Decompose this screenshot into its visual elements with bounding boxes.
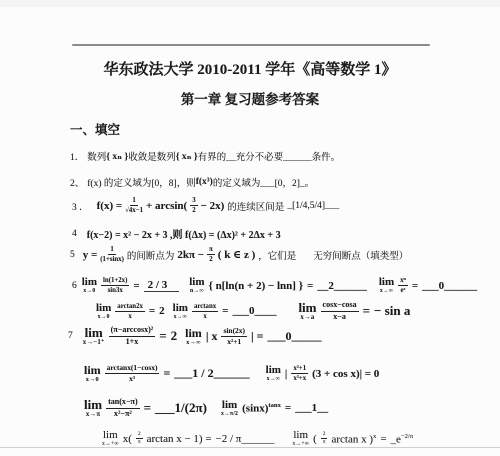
- question-2: 2、 f(x) 的定义域为[0，8]，则 f(x³) 的定义域为 ___[0，2…: [70, 175, 314, 189]
- math-expression: ( k ∈ z ): [218, 248, 255, 261]
- fraction-numerator: 1: [108, 246, 115, 255]
- limit-expression: lim x→0 ln(1+2x) sin3x = 2 / 3: [82, 277, 179, 295]
- lim-subscript: x→∞: [186, 340, 200, 346]
- limit-operator: lim x→+∞: [102, 430, 119, 448]
- limit-expression: lim x→∞ arctanx x = ___0____: [173, 303, 277, 321]
- math-expression: − 2x): [201, 200, 225, 212]
- fraction-numerator: x²+1: [291, 365, 308, 374]
- lim-subscript: x→0: [86, 377, 99, 383]
- limit-operator: lim x→∞: [379, 277, 394, 295]
- question-number: 3 ．: [72, 199, 89, 213]
- limit-operator: lim x→∞: [185, 327, 202, 346]
- fraction-denominator: (1+sinx): [100, 255, 124, 263]
- text: 条件。: [312, 149, 341, 163]
- fraction-numerator: tan(x−π): [106, 398, 140, 408]
- equals-sign: =: [380, 433, 386, 445]
- fraction: 2 π: [321, 432, 328, 447]
- question-7-row-1: 7 lim x→−1⁺ (π−arccosx)² 1+x = 2 lim x→∞…: [68, 326, 321, 347]
- limit-expression: lim x→a cosx−cosa x−a = − sin a: [298, 301, 410, 322]
- equals-sign: =: [149, 305, 155, 317]
- math-expression: 2kπ −: [177, 249, 204, 261]
- equals-sign: =: [222, 305, 228, 317]
- text: 的间断点为: [127, 248, 175, 262]
- limit-operator: lim x→a: [298, 301, 316, 322]
- limit-operator: lim x→−1⁺: [83, 326, 105, 347]
- question-7-row-4: lim x→+∞ x( 2 π arctan x − 1) = −2 / π__…: [102, 430, 413, 448]
- text: 有界的: [198, 149, 227, 163]
- fraction: cosx−cosa x−a: [321, 301, 359, 321]
- fraction-numerator: 2: [321, 432, 328, 440]
- answer-blank: ___1/(2π): [155, 400, 207, 416]
- limit-expression: lim n→∞ { n[ln(n + 2) − lnn] } = __2____…: [189, 277, 367, 295]
- fraction-denominator: eˣ: [401, 286, 406, 294]
- question-number: 6: [72, 281, 77, 291]
- scan-edge: [0, 0, 500, 7]
- fraction-denominator: x²+1: [227, 337, 241, 346]
- document-title: 华东政法大学 2010-2011 学年《高等数学 1》: [0, 58, 500, 79]
- lim-word: lim: [96, 303, 111, 314]
- math-expression: | x: [206, 329, 218, 344]
- base: arctan x ): [331, 433, 373, 445]
- fraction-numerator: xⁿ: [398, 277, 408, 286]
- lim-word: lim: [189, 277, 204, 288]
- limit-expression: lim x→∞ | x²+1 x³+x (3 + cos x)| = 0: [266, 365, 380, 383]
- bottom-divider: [0, 447, 500, 448]
- question-number: 1．: [70, 149, 84, 163]
- lim-word: lim: [173, 303, 188, 314]
- fraction: x²+1 x³+x: [291, 365, 308, 382]
- math-expression: arctan x )x: [331, 433, 376, 446]
- answer-base: _e: [391, 433, 401, 445]
- fraction: (π−arccosx)² 1+x: [109, 326, 156, 346]
- question-number: 4: [72, 229, 77, 239]
- answer-blank: ___0____: [232, 305, 276, 317]
- limit-expression: lim x→+∞ x( 2 π arctan x − 1) = −2 / π__…: [102, 430, 274, 448]
- fraction-denominator: √4x−1: [125, 206, 143, 214]
- fraction-numerator: 1: [130, 197, 137, 206]
- chapter-subtitle: 第一章 复习题参考答案: [0, 88, 500, 108]
- answer-value: 2 / 3: [144, 279, 180, 292]
- fraction-denominator: x³: [129, 374, 135, 383]
- fraction-denominator: π: [323, 439, 326, 446]
- question-7-row-3: lim x→π tan(x−π) x²−π² = ___1/(2π) lim x…: [84, 398, 328, 419]
- question-number: 2、: [70, 175, 84, 189]
- fraction-denominator: sin3x: [108, 286, 123, 294]
- answer-blank: ___1__: [295, 402, 328, 414]
- answer-exponent: −2/π: [401, 433, 413, 440]
- top-divider: [72, 44, 430, 46]
- question-6-row-1: 6 lim x→0 ln(1+2x) sin3x = 2 / 3 lim n→∞…: [72, 277, 477, 295]
- exponent: x: [373, 433, 376, 440]
- fraction: π 2: [207, 246, 215, 263]
- math-expression: (: [313, 433, 317, 445]
- limit-expression: lim x→π/2 (sinx)tanx = ___1__: [221, 400, 328, 418]
- lim-word: lim: [293, 430, 308, 441]
- limit-operator: lim x→π/2: [221, 400, 238, 418]
- fraction-denominator: x³+x: [293, 374, 306, 382]
- fraction: arctanx(1−cosx) x³: [105, 364, 160, 383]
- fraction: 1 (1+sinx): [100, 246, 124, 263]
- limit-expression: lim x→π tan(x−π) x²−π² = ___1/(2π): [84, 398, 207, 419]
- limit-operator: lim x→0: [96, 303, 111, 321]
- lim-word: lim: [222, 400, 237, 411]
- fraction-denominator: x: [203, 312, 206, 320]
- fraction: tan(x−π) x²−π²: [106, 398, 140, 418]
- fraction-numerator: arctanx(1−cosx): [105, 364, 160, 374]
- answer-text: 无穷间断点（填类型）: [313, 248, 408, 262]
- text: 的定义域为: [213, 175, 261, 189]
- math-expression: f(x−2) = x² − 2x + 3 ,则 f(Δx) = (Δx)² + …: [87, 226, 281, 241]
- math-sequence: { xₙ }: [106, 151, 128, 162]
- question-3: 3 ． f(x) = 1 √4x−1 + arcsin( 3 2 − 2x) 的…: [72, 197, 339, 214]
- answer-value: 2: [171, 328, 178, 344]
- fraction: sin(2x) x²+1: [221, 327, 247, 346]
- fraction: arctan2x x: [115, 303, 145, 320]
- lim-subscript: x→−1⁺: [83, 340, 105, 347]
- exponent: tanx: [268, 402, 280, 409]
- lim-word: lim: [185, 327, 202, 339]
- document-page: 华东政法大学 2010-2011 学年《高等数学 1》 第一章 复习题参考答案 …: [0, 0, 500, 456]
- fraction-denominator: 2: [192, 206, 195, 214]
- lim-subscript: x→π/2: [221, 412, 238, 418]
- fraction-denominator: π: [138, 439, 141, 446]
- text: f(x) 的定义域为[0，8]，则: [87, 175, 195, 189]
- equals-sign: =: [144, 400, 151, 416]
- math-expression: (3 + cos x)| = 0: [312, 368, 379, 380]
- lim-word: lim: [82, 277, 97, 288]
- answer-blank: −2 / π______: [216, 433, 275, 445]
- lim-word: lim: [85, 326, 103, 339]
- fraction-denominator: x−a: [333, 312, 346, 321]
- answer-blank: _[1/4,5/4]___: [287, 201, 339, 211]
- math-expression: { n[ln(n + 2) − lnn] }: [208, 280, 303, 292]
- math-expression: y =: [83, 249, 98, 261]
- answer-value: 2: [159, 305, 165, 317]
- lim-word: lim: [298, 301, 316, 314]
- math-sequence: { xₙ }: [176, 151, 198, 162]
- fraction: arctanx x: [192, 303, 218, 320]
- equals-sign: =: [412, 280, 418, 292]
- fraction-numerator: cosx−cosa: [321, 301, 359, 311]
- limit-operator: lim x→0: [84, 364, 101, 383]
- fraction-numerator: arctanx: [192, 303, 218, 312]
- fraction: ln(1+2x) sin3x: [101, 277, 129, 294]
- limit-operator: lim x→∞: [266, 365, 281, 383]
- question-number: 5: [70, 250, 75, 260]
- equals-sign: =: [159, 328, 166, 344]
- math-expression: f(x³): [196, 177, 213, 187]
- lim-subscript: x→π: [86, 412, 100, 419]
- answer-value: − sin a: [374, 303, 410, 319]
- text: 数列: [87, 149, 106, 163]
- limit-expression: lim x→0 arctan2x x = 2: [96, 303, 165, 321]
- fraction-numerator: π: [207, 246, 215, 255]
- math-expression: |: [285, 368, 287, 380]
- lim-subscript: x→∞: [380, 289, 393, 295]
- math-expression: + arcsin(: [146, 200, 187, 212]
- equals-sign: =: [163, 366, 170, 381]
- lim-word: lim: [84, 398, 102, 411]
- section-heading: 一、填空: [70, 120, 120, 138]
- math-expression: (sinx)tanx: [242, 402, 281, 415]
- question-6-row-2: lim x→0 arctan2x x = 2 lim x→∞ arctanx x…: [96, 301, 410, 322]
- question-7-row-2: lim x→0 arctanx(1−cosx) x³ = ___1 / 2___…: [84, 364, 379, 383]
- equals-sign: =: [285, 402, 291, 414]
- lim-word: lim: [266, 365, 281, 376]
- lim-subscript: n→∞: [190, 289, 204, 295]
- lim-subscript: x→0: [98, 315, 110, 321]
- math-expression: arctan x − 1) =: [147, 433, 212, 445]
- fraction: xⁿ eˣ: [398, 277, 408, 294]
- math-expression: | =: [251, 329, 263, 344]
- equals-sign: =: [307, 280, 313, 292]
- text: 的连续区间是: [227, 199, 284, 213]
- answer-value: _e−2/π: [391, 433, 414, 446]
- limit-operator: lim x→0: [82, 277, 97, 295]
- fraction-numerator: 2: [136, 432, 143, 440]
- fraction-numerator: ln(1+2x): [101, 277, 129, 286]
- question-4: 4 f(x−2) = x² − 2x + 3 ,则 f(Δx) = (Δx)² …: [72, 226, 281, 241]
- text: 收敛是数列: [128, 149, 176, 163]
- lim-word: lim: [84, 364, 101, 376]
- question-number: 7: [68, 331, 73, 341]
- fraction: 1 √4x−1: [125, 197, 143, 214]
- lim-subscript: x→a: [300, 315, 314, 322]
- fraction-denominator: 2: [209, 255, 212, 263]
- fraction-denominator: x²−π²: [114, 409, 132, 418]
- lim-subscript: x→∞: [174, 315, 187, 321]
- question-1: 1． 数列 { xₙ } 收敛是数列 { xₙ } 有界的 __充分不必要___…: [70, 149, 340, 163]
- limit-operator: lim x→π: [84, 398, 102, 419]
- limit-expression: lim x→0 arctanx(1−cosx) x³ = ___1 / 2___…: [84, 364, 250, 383]
- fraction-denominator: 1+x: [126, 337, 139, 346]
- text: ，它们是: [258, 248, 296, 262]
- math-expression: f(x) =: [97, 200, 123, 212]
- equals-sign: =: [363, 303, 370, 319]
- limit-expression: lim x→+∞ ( 2 π arctan x )x = _e−2/π: [292, 430, 413, 448]
- base: (sinx): [242, 403, 268, 415]
- fraction-denominator: x: [128, 312, 131, 320]
- limit-operator: lim x→∞: [173, 303, 188, 321]
- answer-blank: ___0_____: [267, 329, 321, 344]
- answer-blank: ___0______: [422, 280, 477, 292]
- limit-expression: lim x→−1⁺ (π−arccosx)² 1+x = 2: [83, 326, 177, 347]
- question-5: 5 y = 1 (1+sinx) 的间断点为 2kπ − π 2 ( k ∈ z…: [70, 246, 408, 263]
- fraction: 2 π: [136, 432, 143, 447]
- lim-word: lim: [103, 430, 118, 441]
- answer-blank: ___[0，2]_: [260, 175, 304, 189]
- limit-operator: lim n→∞: [189, 277, 204, 295]
- answer-blank: __充分不必要______: [226, 149, 312, 163]
- lim-subscript: x→∞: [267, 377, 280, 383]
- limit-expression: lim x→∞ xⁿ eˣ = ___0______: [379, 277, 477, 295]
- fraction-numerator: 3: [190, 197, 197, 206]
- answer-blank: __2______: [317, 280, 367, 292]
- fraction-numerator: sin(2x): [221, 327, 247, 337]
- limit-expression: lim x→∞ | x sin(2x) x²+1 | = ___0_____: [185, 327, 321, 346]
- text: 。: [305, 175, 315, 189]
- fraction: 3 2: [190, 197, 197, 214]
- lim-word: lim: [379, 277, 394, 288]
- lim-subscript: x→0: [83, 289, 95, 295]
- equals-sign: =: [133, 280, 139, 292]
- limit-operator: lim x→+∞: [292, 430, 309, 448]
- answer-blank: ___1 / 2______: [174, 366, 249, 381]
- fraction-numerator: (π−arccosx)²: [109, 326, 156, 336]
- fraction-numerator: arctan2x: [115, 303, 145, 312]
- math-expression: x(: [123, 433, 132, 445]
